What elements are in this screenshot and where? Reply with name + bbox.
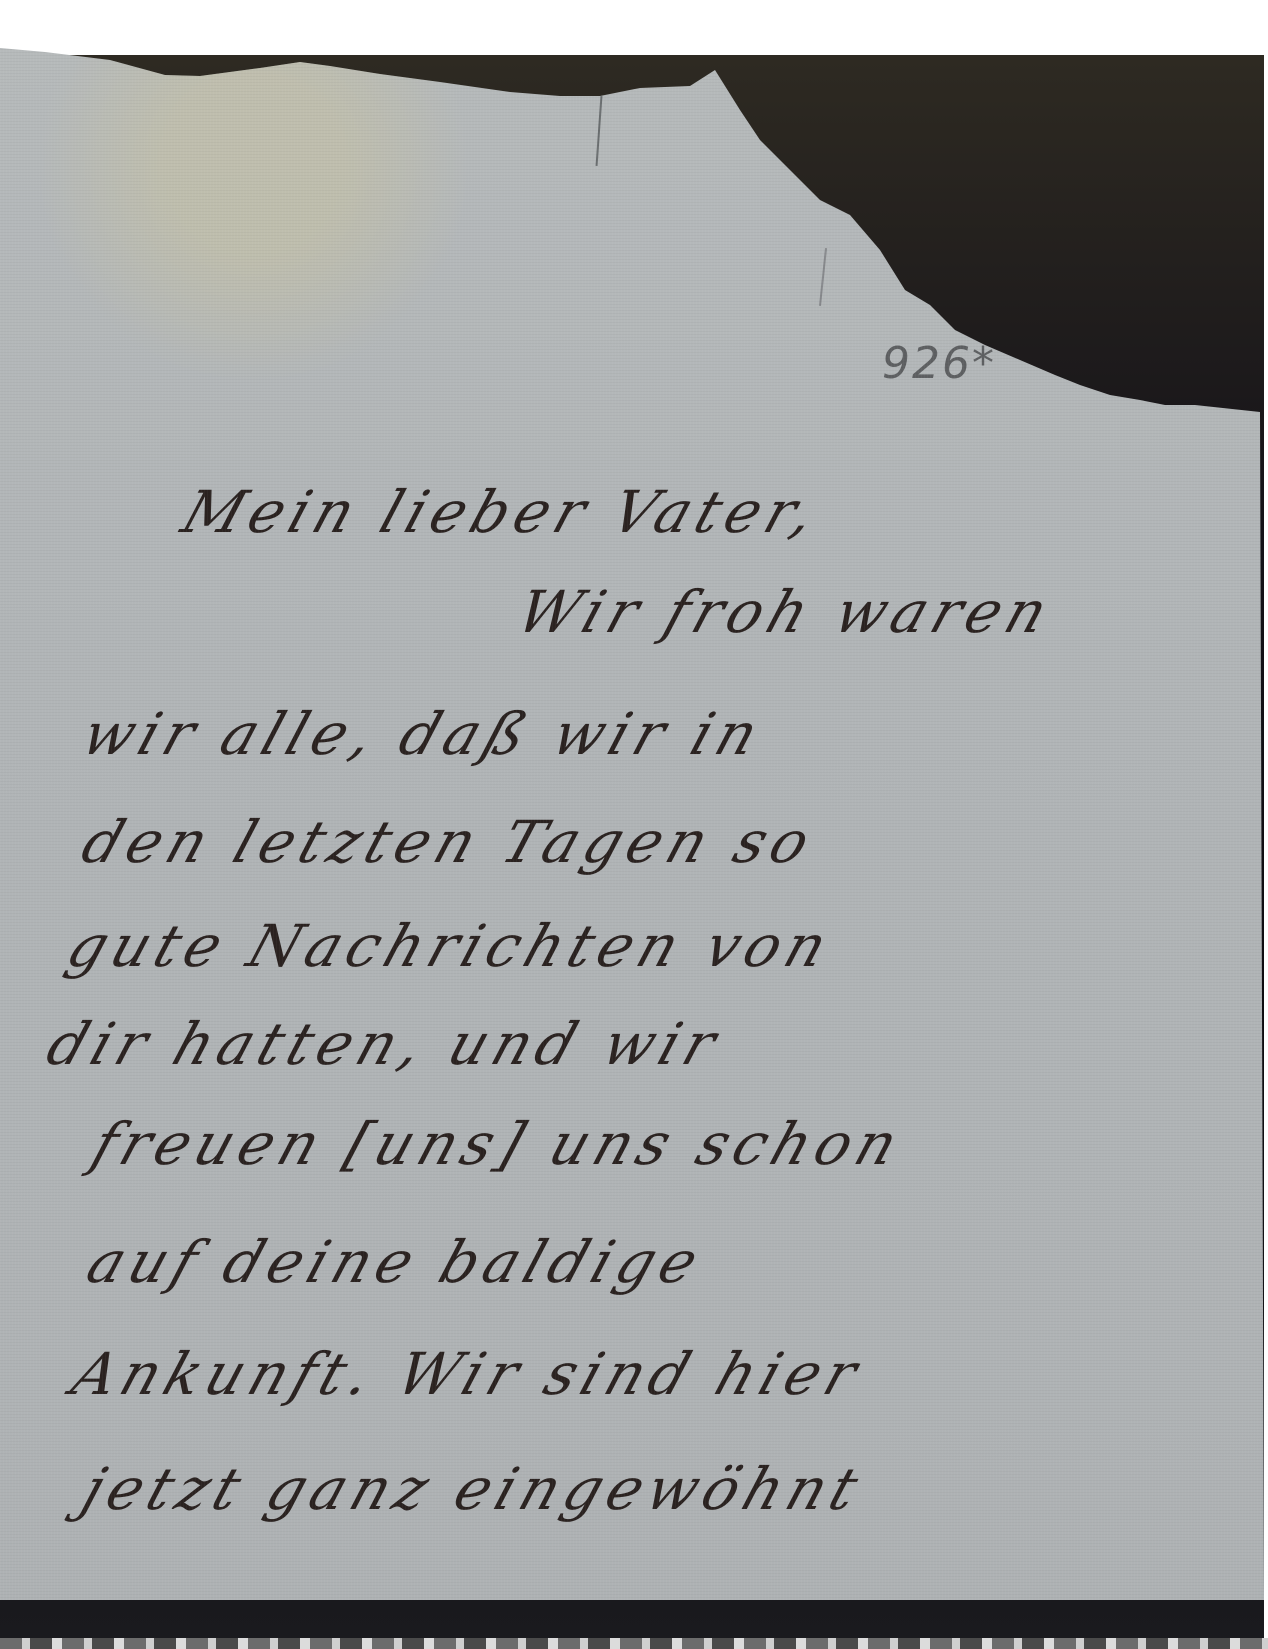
- archive-number: 926*: [882, 338, 996, 389]
- letter-line-1: Wir froh waren: [509, 578, 1062, 646]
- paper-tear: [596, 96, 603, 166]
- letter-line-2: wir alle, daß wir in: [74, 700, 772, 768]
- letter-line-9: jetzt ganz eingewöhnt: [74, 1455, 872, 1523]
- letter-line-4: gute Nachrichten von: [59, 912, 841, 980]
- letter-line-5: dir hatten, und wir: [39, 1010, 730, 1078]
- letter-line-8: Ankunft. Wir sind hier: [64, 1340, 871, 1408]
- letter-line-6: freuen [uns] uns schon: [84, 1110, 912, 1178]
- letter-line-7: auf deine baldige: [79, 1228, 712, 1296]
- scan-artifact-strip: [0, 1638, 1268, 1649]
- salutation: Mein lieber Vater,: [174, 478, 830, 546]
- pencil-mark: [819, 248, 827, 306]
- letter-line-3: den letzten Tagen so: [74, 808, 824, 876]
- letter-line-6-text: freuen [uns] uns schon: [84, 1110, 912, 1178]
